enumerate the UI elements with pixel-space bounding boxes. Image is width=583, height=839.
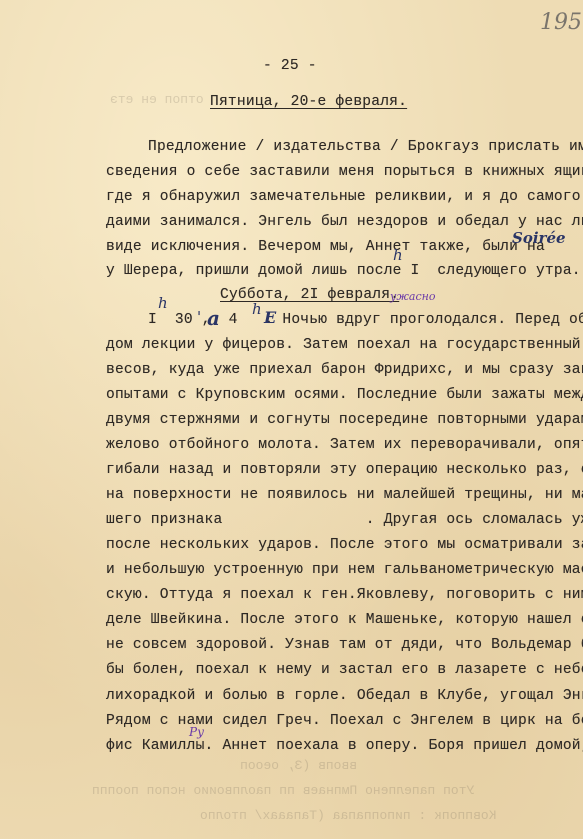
- page-number: - 25 -: [263, 58, 317, 74]
- text-line: на поверхности не появилось ни малейшей …: [106, 487, 583, 503]
- bleed-through-text: Утоп папелпено Пмпнаев пп паолпвоиио нсп…: [92, 783, 474, 798]
- handwritten-insertion: ужасно: [390, 290, 435, 303]
- handwritten-hour-mark: h: [393, 246, 403, 264]
- text-line: двумя стержнями и согнуты посередине пов…: [106, 412, 583, 428]
- handwritten-minute-mark: ': [197, 308, 201, 326]
- text-line: лихорадкой и болью в горле. Обедал в Клу…: [106, 688, 583, 704]
- text-line: где я обнаружил замечательные реликвии, …: [106, 189, 583, 205]
- handwritten-hour-mark: h: [252, 300, 262, 318]
- text-line: и небольшую устроенную при нем гальваном…: [106, 562, 583, 578]
- text-line: у Шерера, пришли домой лишь после I след…: [106, 263, 581, 279]
- bleed-through-text: Ковппопк : пипоппапаа (Тапааах/ птолпо: [200, 808, 496, 823]
- handwritten-pm-mark: E: [264, 308, 276, 327]
- entry-heading: Пятница, 20-е февраля.: [210, 94, 407, 110]
- text-line: даими занимался. Энгель был нездоров и о…: [106, 214, 583, 230]
- handwritten-soiree: Soirée: [512, 229, 566, 247]
- text-line: виде исключения. Вечером мы, Аннет также…: [106, 239, 545, 255]
- text-line: деле Швейкина. После этого к Машеньке, к…: [106, 612, 583, 628]
- text-line: опытами с Круповским осями. Последние бы…: [106, 387, 583, 403]
- text-line: шего признака . Другая ось сломалась уже: [106, 512, 583, 528]
- entry-heading: Суббота, 2I февраля.: [220, 287, 399, 303]
- bleed-through-text: отпоп ен етэ: [110, 92, 204, 107]
- text-line: весов, куда уже приехал барон Фридрихс, …: [106, 362, 583, 378]
- document-page: отпоп ен етэ ввопв (З, оеооп Утоп папелп…: [0, 0, 583, 839]
- text-line: скую. Оттуда я поехал к ген.Яковлеву, по…: [106, 587, 583, 603]
- text-line: Рядом с нами сидел Греч. Поехал с Энгеле…: [106, 713, 583, 729]
- text-line: Предложение / издательства / Брокгауз пр…: [148, 139, 583, 155]
- handwritten-correction: Ру: [189, 725, 204, 739]
- handwritten-am-mark: a: [207, 306, 220, 330]
- text-line: не совсем здоровой. Узнав там от дяди, ч…: [106, 637, 583, 653]
- text-line: сведения о себе заставили меня порыться …: [106, 164, 583, 180]
- text-line: бы болен, поехал к нему и застал его в л…: [106, 662, 583, 678]
- text-line: дом лекции у фицеров. Затем поехал на го…: [106, 337, 583, 353]
- text-line: после нескольких ударов. После этого мы …: [106, 537, 583, 553]
- text-line: гибали назад и повторяли эту операцию не…: [106, 462, 583, 478]
- bleed-through-text: ввопв (З, оеооп: [240, 758, 357, 773]
- text-line: желово отбойного молота. Затем их перево…: [106, 437, 583, 453]
- handwritten-hour-mark: h: [158, 294, 168, 312]
- archive-folio-number: 195: [540, 10, 582, 35]
- text-line: фис Камиллы. Аннет поехала в оперу. Боря…: [106, 738, 583, 754]
